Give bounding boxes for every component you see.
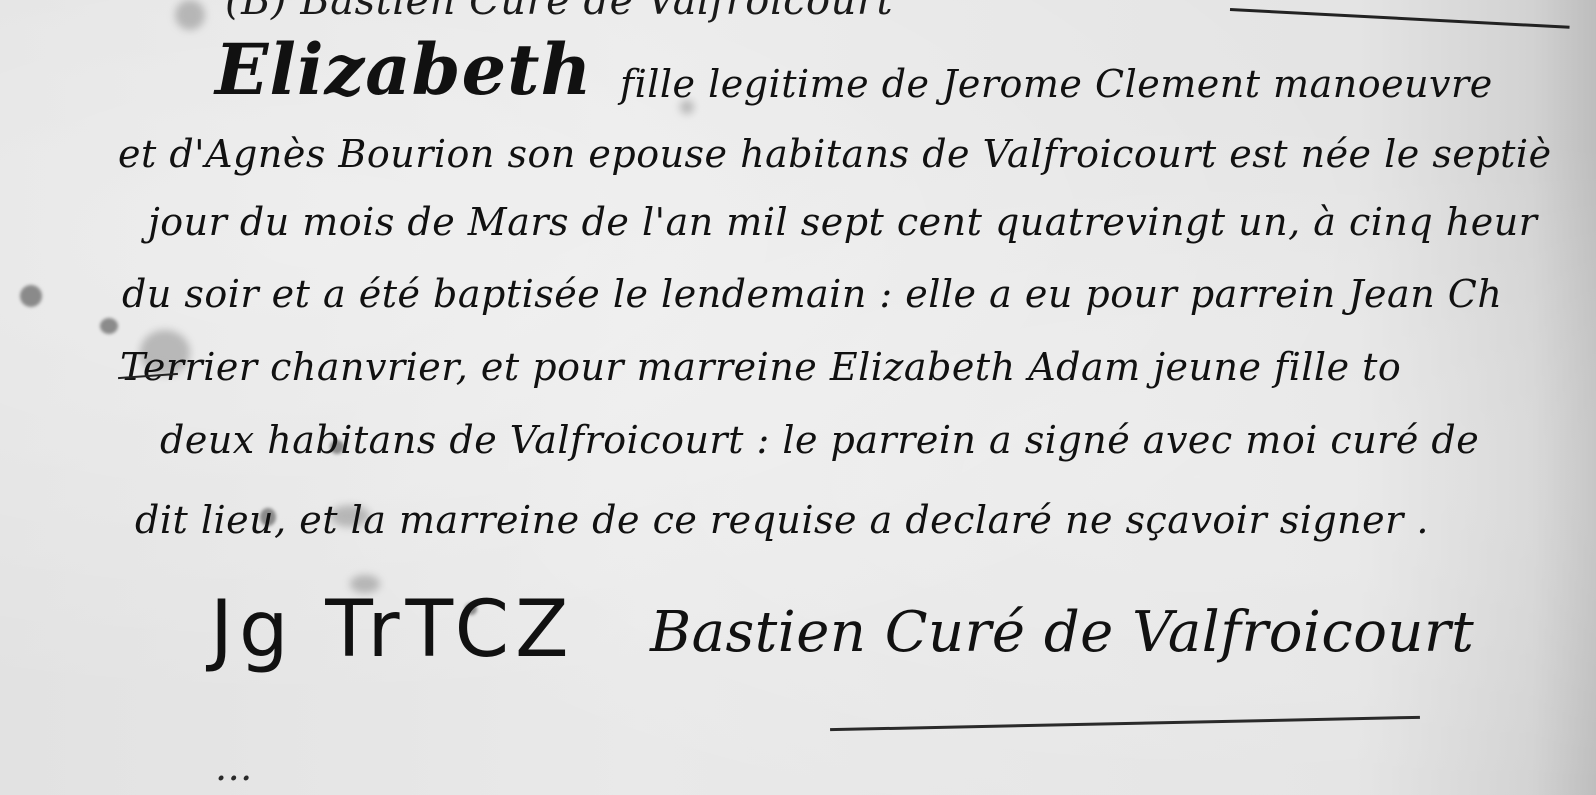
header-fragment: (B) Bastien Curé de Valfroicourt — [225, 0, 893, 24]
entry-line-5: Terrier chanvrier, et pour marreine Eliz… — [120, 345, 1401, 389]
entry-line-2: et d'Agnès Bourion son epouse habitans d… — [118, 132, 1552, 176]
signature-underline — [830, 716, 1420, 731]
entry-line-1: fille legitime de Jerome Clement manoeuv… — [620, 62, 1493, 106]
ink-smudge — [175, 0, 205, 30]
register-page: (B) Bastien Curé de Valfroicourt Elizabe… — [0, 0, 1596, 795]
header-rule — [1230, 8, 1570, 29]
entry-name-heading: Elizabeth — [215, 28, 592, 111]
witness-signature: Jg TrTCZ — [210, 585, 575, 675]
entry-line-7: dit lieu, et la marreine de ce requise a… — [135, 498, 1429, 542]
ink-stain — [20, 285, 42, 307]
entry-line-6: deux habitans de Valfroicourt : le parre… — [160, 418, 1479, 462]
entry-line-4: du soir et a été baptisée le lendemain :… — [122, 272, 1502, 316]
next-entry-fragment: ... — [215, 745, 253, 789]
entry-line-3: jour du mois de Mars de l'an mil sept ce… — [148, 200, 1537, 244]
ink-stain — [100, 318, 118, 334]
cure-signature: Bastien Curé de Valfroicourt — [650, 600, 1474, 665]
